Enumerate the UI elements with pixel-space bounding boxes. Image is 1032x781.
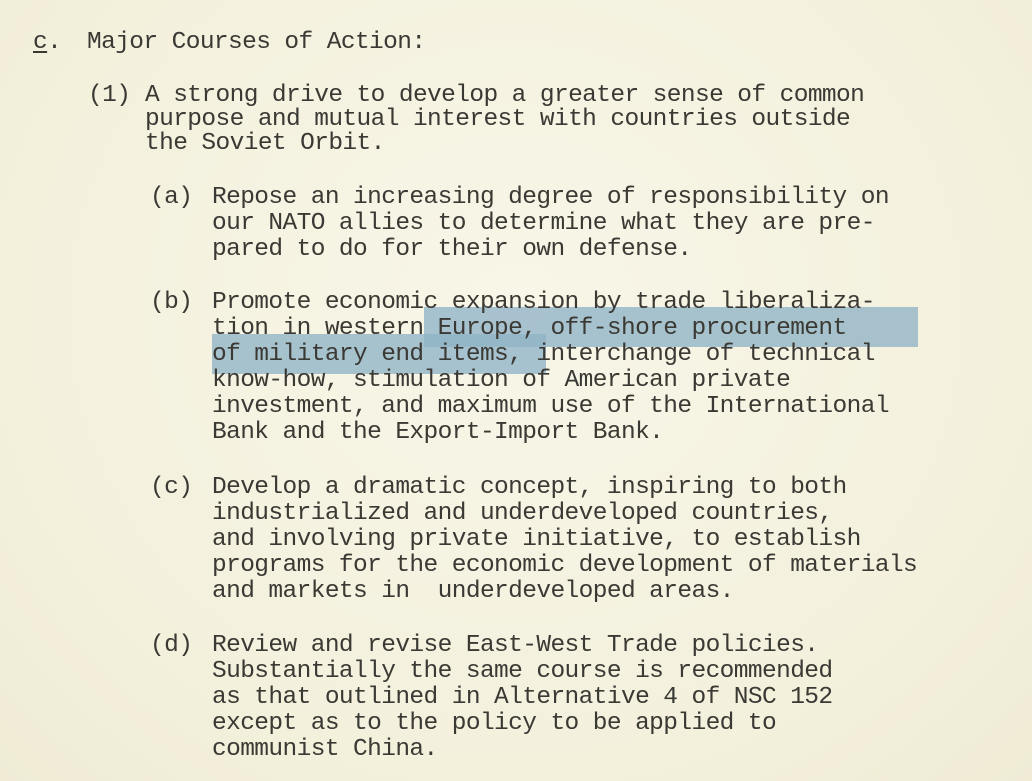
subitem-line: our NATO allies to determine what they a… [212,211,875,237]
section-heading: Major Courses of Action: [87,30,425,56]
subitem-marker: (c) [150,475,192,501]
item-line: the Soviet Orbit. [145,131,385,157]
subitem-line: and involving private initiative, to est… [212,527,861,553]
subitem-line: Review and revise East-West Trade polici… [212,633,818,659]
subitem-line: except as to the policy to be applied to [212,711,776,737]
subitem-line: pared to do for their own defense. [212,237,691,263]
section-marker: c. [33,30,61,56]
document-page: c. Major Courses of Action: (1) A strong… [0,0,1032,781]
document-text: c. Major Courses of Action: (1) A strong… [0,0,1032,781]
subitem-marker: (d) [150,633,192,659]
subitem-line: know-how, stimulation of American privat… [212,368,790,394]
subitem-line: as that outlined in Alternative 4 of NSC… [212,685,833,711]
subitem-line: Bank and the Export-Import Bank. [212,420,663,446]
subitem-line: Repose an increasing degree of responsib… [212,185,889,211]
subitem-line: Promote economic expansion by trade libe… [212,290,875,316]
item-marker: (1) [88,83,130,109]
subitem-marker: (b) [150,290,192,316]
subitem-line: investment, and maximum use of the Inter… [212,394,889,420]
subitem-marker: (a) [150,185,192,211]
subitem-line: of military end items, interchange of te… [212,342,875,368]
subitem-line: industrialized and underdeveloped countr… [212,501,833,527]
subitem-line: and markets in underdeveloped areas. [212,579,734,605]
subitem-line: Develop a dramatic concept, inspiring to… [212,475,847,501]
subitem-line: tion in western Europe, off-shore procur… [212,316,847,342]
subitem-line: programs for the economic development of… [212,553,917,579]
subitem-line: Substantially the same course is recomme… [212,659,833,685]
subitem-line: communist China. [212,737,438,763]
